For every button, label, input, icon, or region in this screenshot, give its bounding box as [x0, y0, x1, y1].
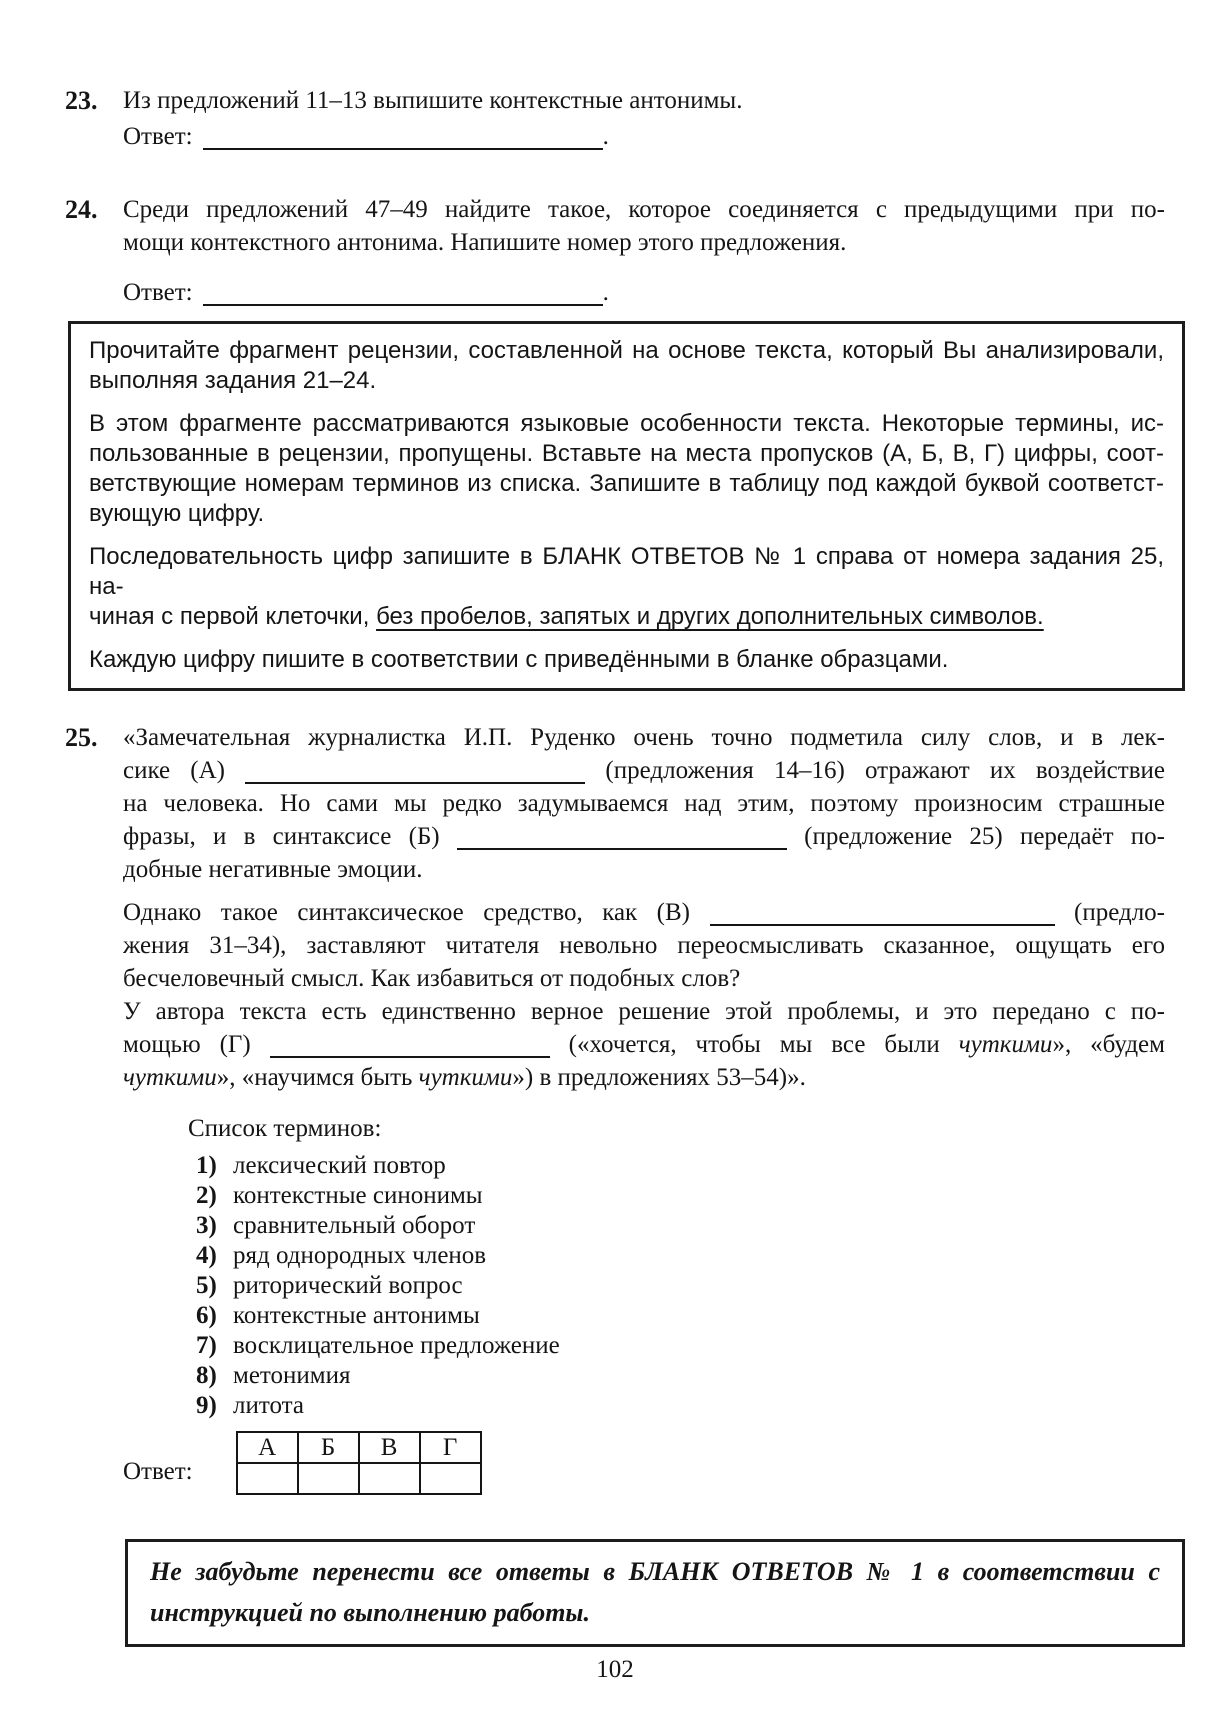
text-span: (предло- [1055, 899, 1165, 926]
answer-row-24: Ответ:. [123, 273, 1165, 313]
term-text: метонимия [233, 1361, 350, 1391]
term-item: 1)лексический повтор [196, 1151, 1165, 1181]
task-25-text: «Замечательная журналистка И.П. Руденко … [123, 721, 1165, 1094]
text-line: жения 31–34), заставляют читателя неволь… [123, 929, 1165, 962]
text-span: Среди предложений 47–49 найдите такое, к… [123, 196, 1165, 223]
text-span: Не забудьте перенести все ответы в БЛАНК… [150, 1557, 1160, 1586]
text-span: ветствующие номерам терминов из списка. … [89, 470, 1164, 497]
term-item: 7)восклицательное предложение [196, 1331, 1165, 1361]
term-number: 5) [196, 1271, 233, 1301]
page-number: 102 [65, 1655, 1165, 1685]
answer-label: Ответ: [123, 279, 193, 306]
text-line: ветствующие номерам терминов из списка. … [89, 469, 1164, 499]
task-24-text: Среди предложений 47–49 найдите такое, к… [123, 193, 1165, 259]
text-line: сике (А) (предложения 14–16) отражают их… [123, 754, 1165, 787]
text-span: фразы, и в синтаксисе (Б) [123, 823, 457, 850]
answer-row-23: Ответ:. [123, 117, 1165, 157]
term-text: ряд однородных членов [233, 1241, 486, 1271]
text-line: мощи контекстного антонима. Напишите ном… [123, 226, 1165, 259]
text-line: чуткими», «научимся быть чуткими») в пре… [123, 1061, 1165, 1094]
text-line: Однако такое синтаксическое средство, ка… [123, 896, 1165, 929]
fill-in-blank[interactable] [270, 1054, 550, 1058]
answer-cell[interactable] [359, 1463, 420, 1494]
text-line: бесчеловечный смысл. Как избавиться от п… [123, 962, 1165, 995]
answer-blank-23[interactable] [203, 146, 603, 150]
term-number: 1) [196, 1151, 233, 1181]
text-line: Не забудьте перенести все ответы в БЛАНК… [150, 1551, 1160, 1592]
task-24-number: 24. [65, 193, 123, 226]
text-line: Последовательность цифр запишите в БЛАНК… [89, 542, 1164, 602]
text-span: добные негативные эмоции. [123, 856, 423, 883]
text-span: Однако такое синтаксическое средство, ка… [123, 899, 710, 926]
term-text: сравнительный оборот [233, 1211, 475, 1241]
term-number: 3) [196, 1211, 233, 1241]
text-line: инструкцией по выполнению работы. [150, 1592, 1160, 1633]
paragraph: Последовательность цифр запишите в БЛАНК… [89, 542, 1164, 632]
text-span: на человека. Но сами мы редко задумываем… [123, 790, 1165, 817]
text-span: », «будем [1052, 1031, 1165, 1058]
text-span: У автора текста есть единственно верное … [123, 998, 1165, 1025]
table-header-cell: В [359, 1432, 420, 1463]
text-span: ») в предложениях 53–54)». [512, 1064, 805, 1091]
term-number: 4) [196, 1241, 233, 1271]
text-line: Из предложений 11–13 выпишите контекстны… [123, 84, 1165, 117]
task-25: 25. «Замечательная журналистка И.П. Руде… [65, 721, 1165, 1094]
answer-row-25: Ответ: АБВГ [123, 1431, 1165, 1495]
task-23-text: Из предложений 11–13 выпишите контекстны… [123, 84, 1165, 117]
answer-cell[interactable] [420, 1463, 481, 1494]
text-line: Среди предложений 47–49 найдите такое, к… [123, 193, 1165, 226]
italic-text: чуткими [419, 1064, 513, 1091]
term-text: литота [233, 1391, 304, 1421]
paragraph: Каждую цифру пишите в соответствии с при… [89, 645, 1164, 675]
term-number: 8) [196, 1361, 233, 1391]
term-text: восклицательное предложение [233, 1331, 560, 1361]
text-span: мощью (Г) [123, 1031, 270, 1058]
text-line: мощью (Г) («хочется, чтобы мы все были ч… [123, 1028, 1165, 1061]
paragraph: Прочитайте фрагмент рецензии, составленн… [89, 336, 1164, 396]
task-25-number: 25. [65, 721, 123, 754]
task-24: 24. Среди предложений 47–49 найдите тако… [65, 193, 1165, 259]
exam-page: 23. Из предложений 11–13 выпишите контек… [0, 0, 1229, 1712]
answer-label: Ответ: [123, 123, 193, 150]
table-header-cell: Б [298, 1432, 359, 1463]
text-span: мощи контекстного антонима. Напишите ном… [123, 229, 846, 256]
term-item: 6)контекстные антонимы [196, 1301, 1165, 1331]
table-header-cell: Г [420, 1432, 481, 1463]
fill-in-blank[interactable] [457, 846, 787, 850]
text-span: выполняя задания 21–24. [89, 367, 376, 394]
text-span: сике (А) [123, 757, 245, 784]
term-number: 9) [196, 1391, 233, 1421]
italic-text: чуткими [123, 1064, 217, 1091]
text-line: добные негативные эмоции. [123, 853, 1165, 886]
text-line: В этом фрагменте рассматриваются языковы… [89, 409, 1164, 439]
text-span: Прочитайте фрагмент рецензии, составленн… [89, 337, 1164, 364]
text-line: Каждую цифру пишите в соответствии с при… [89, 645, 1164, 675]
text-span: Из предложений 11–13 выпишите контекстны… [123, 87, 742, 114]
text-span: бесчеловечный смысл. Как избавиться от п… [123, 965, 740, 992]
term-item: 5)риторический вопрос [196, 1271, 1165, 1301]
terms-title: Список терминов: [188, 1112, 1165, 1145]
paragraph: Однако такое синтаксическое средство, ка… [123, 896, 1165, 1094]
text-line: чиная с первой клеточки, без пробелов, з… [89, 602, 1164, 632]
answer-blank-24[interactable] [203, 302, 603, 306]
paragraph: Не забудьте перенести все ответы в БЛАНК… [150, 1551, 1160, 1633]
underlined-text: без пробелов, запятых и других дополните… [376, 603, 1044, 630]
text-span: (предложения 14–16) отражают их воздейст… [585, 757, 1165, 784]
reminder-box: Не забудьте перенести все ответы в БЛАНК… [125, 1539, 1185, 1647]
italic-text: чуткими [959, 1031, 1053, 1058]
fill-in-blank[interactable] [710, 922, 1055, 926]
fill-in-blank[interactable] [245, 780, 585, 784]
text-line: вующую цифру. [89, 499, 1164, 529]
paragraph: «Замечательная журналистка И.П. Руденко … [123, 721, 1165, 886]
text-line: пользованные в рецензии, пропущены. Вста… [89, 439, 1164, 469]
term-number: 2) [196, 1181, 233, 1211]
paragraph: Среди предложений 47–49 найдите такое, к… [123, 193, 1165, 259]
text-span: вующую цифру. [89, 500, 264, 527]
task-23: 23. Из предложений 11–13 выпишите контек… [65, 84, 1165, 117]
text-span: пользованные в рецензии, пропущены. Вста… [89, 440, 1164, 467]
answer-cell[interactable] [298, 1463, 359, 1494]
text-line: Прочитайте фрагмент рецензии, составленн… [89, 336, 1164, 366]
text-span: (предложение 25) передаёт по- [787, 823, 1165, 850]
text-span: «Замечательная журналистка И.П. Руденко … [123, 724, 1165, 751]
instruction-box: Прочитайте фрагмент рецензии, составленн… [68, 321, 1185, 691]
task-23-number: 23. [65, 84, 123, 117]
term-text: контекстные синонимы [233, 1181, 483, 1211]
answer-period: . [603, 279, 609, 306]
page: { "labels": {"answer": "Ответ:", "period… [0, 0, 1229, 1712]
table-header-cell: А [237, 1432, 298, 1463]
term-item: 3)сравнительный оборот [196, 1211, 1165, 1241]
answer-table: АБВГ [236, 1431, 482, 1495]
answer-label: Ответ: [123, 1457, 193, 1487]
term-text: риторический вопрос [233, 1271, 463, 1301]
text-line: фразы, и в синтаксисе (Б) (предложение 2… [123, 820, 1165, 853]
text-line: на человека. Но сами мы редко задумываем… [123, 787, 1165, 820]
answer-cell[interactable] [237, 1463, 298, 1494]
text-span: В этом фрагменте рассматриваются языковы… [89, 410, 1164, 437]
term-text: лексический повтор [233, 1151, 446, 1181]
text-line: «Замечательная журналистка И.П. Руденко … [123, 721, 1165, 754]
term-item: 4)ряд однородных членов [196, 1241, 1165, 1271]
term-number: 6) [196, 1301, 233, 1331]
answer-period: . [603, 123, 609, 150]
term-number: 7) [196, 1331, 233, 1361]
term-text: контекстные антонимы [233, 1301, 480, 1331]
paragraph: В этом фрагменте рассматриваются языковы… [89, 409, 1164, 529]
text-span: («хочется, чтобы мы все были [550, 1031, 959, 1058]
term-item: 8)метонимия [196, 1361, 1165, 1391]
terms-list: 1)лексический повтор2)контекстные синони… [196, 1151, 1165, 1421]
text-line: выполняя задания 21–24. [89, 366, 1164, 396]
text-span: Каждую цифру пишите в соответствии с при… [89, 646, 948, 673]
term-item: 9)литота [196, 1391, 1165, 1421]
text-span: инструкцией по выполнению работы. [150, 1598, 590, 1627]
term-item: 2)контекстные синонимы [196, 1181, 1165, 1211]
text-span: », «научимся быть [217, 1064, 419, 1091]
text-span: жения 31–34), заставляют читателя неволь… [123, 932, 1165, 959]
paragraph: Из предложений 11–13 выпишите контекстны… [123, 84, 1165, 117]
text-span: чиная с первой клеточки, [89, 603, 376, 630]
text-line: У автора текста есть единственно верное … [123, 995, 1165, 1028]
text-span: Последовательность цифр запишите в БЛАНК… [89, 543, 1164, 600]
